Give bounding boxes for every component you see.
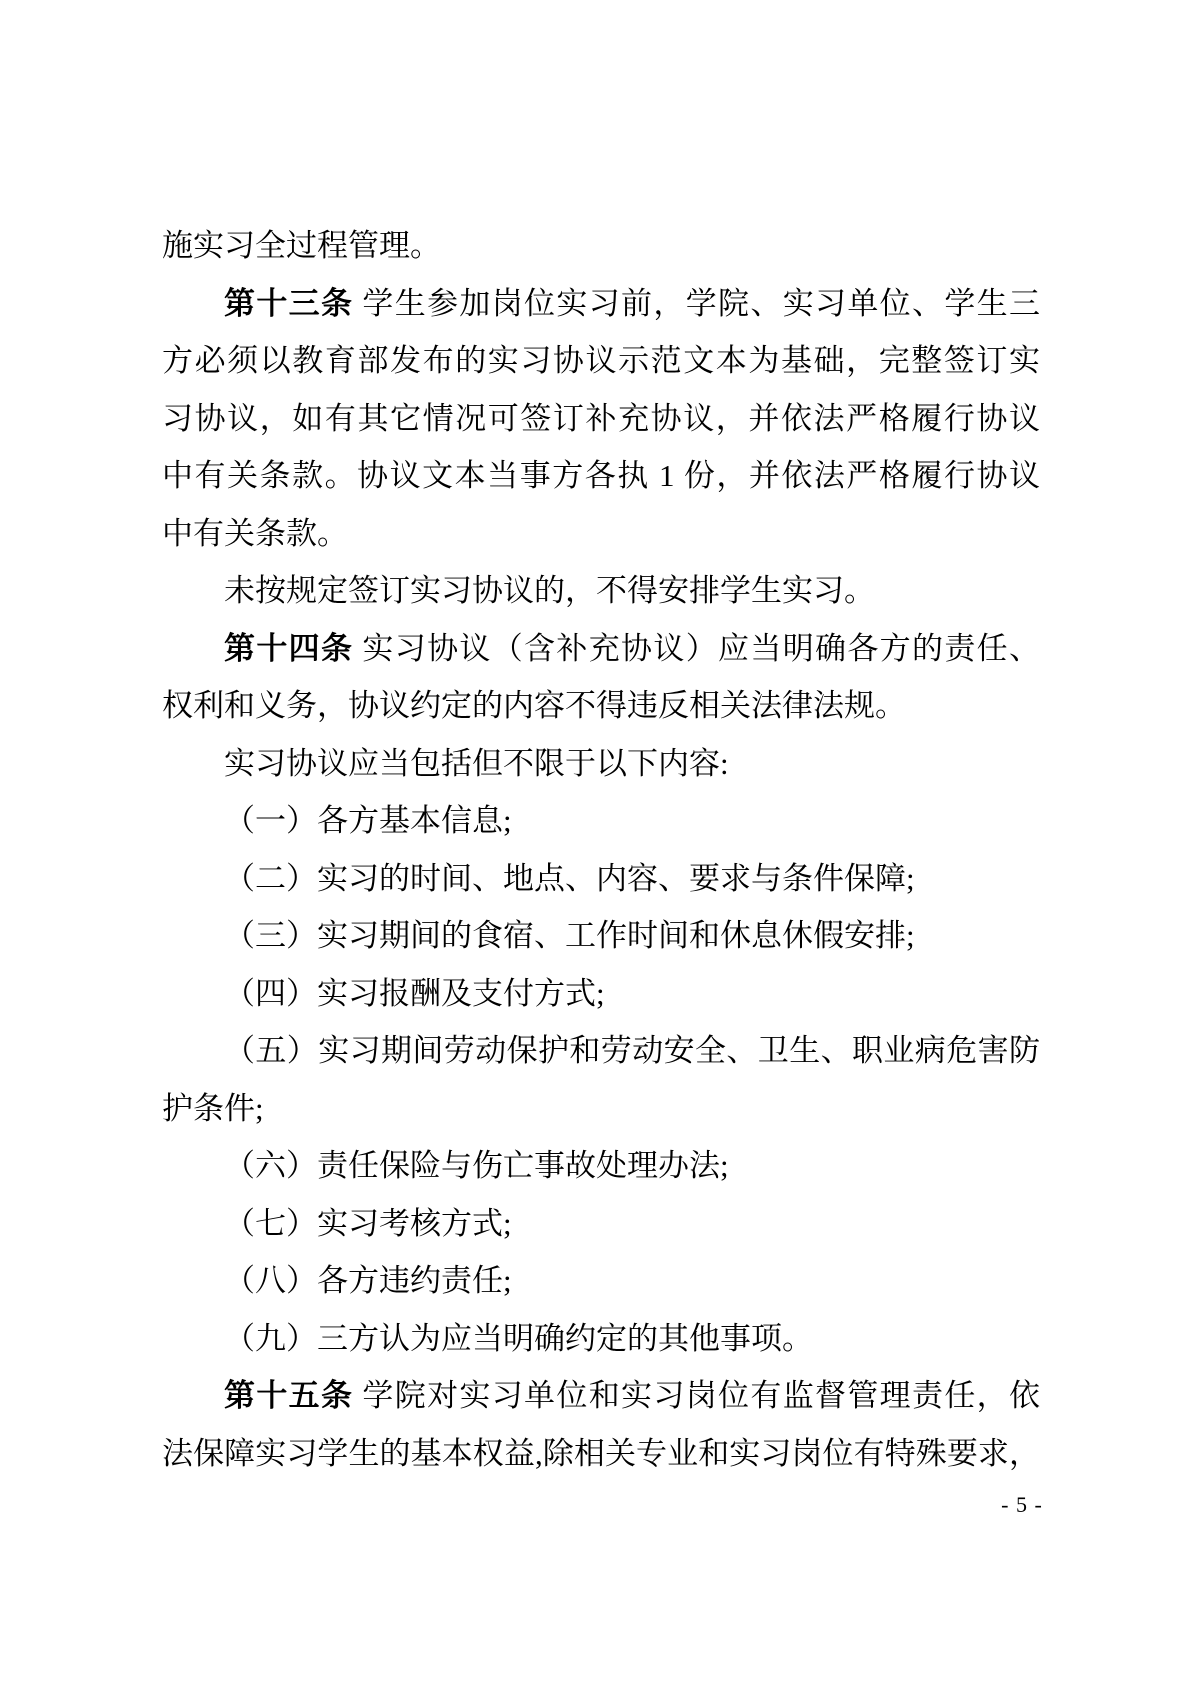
line-text: （三）实习期间的食宿、工作时间和休息休假安排; [224, 918, 915, 953]
line-text: （二）实习的时间、地点、内容、要求与条件保障; [224, 861, 915, 896]
line-text: （四）实习报酬及支付方式; [224, 976, 605, 1011]
text-line: （七）实习考核方式; [162, 1195, 1040, 1253]
line-text: 习协议，如有其它情况可签订补充协议，并依法严格履行协议 [162, 401, 1040, 436]
text-line: （一）各方基本信息; [162, 792, 1040, 850]
article-number-bold: 第十五条 [224, 1378, 353, 1413]
page-number: - 5 - [994, 1492, 1050, 1518]
text-line: 第十三条 学生参加岗位实习前，学院、实习单位、学生三 [162, 275, 1040, 333]
text-line: 法保障实习学生的基本权益,除相关专业和实习岗位有特殊要求， [162, 1425, 1040, 1483]
line-text: 学生参加岗位实习前，学院、实习单位、学生三 [353, 286, 1040, 321]
text-line: （三）实习期间的食宿、工作时间和休息休假安排; [162, 907, 1040, 965]
text-line: （九）三方认为应当明确约定的其他事项。 [162, 1310, 1040, 1368]
line-text: 学院对实习单位和实习岗位有监督管理责任，依 [353, 1378, 1040, 1413]
line-text: （九）三方认为应当明确约定的其他事项。 [224, 1321, 813, 1356]
text-line: 中有关条款。 [162, 505, 1040, 563]
line-text: （七）实习考核方式; [224, 1206, 512, 1241]
text-line: 护条件; [162, 1080, 1040, 1138]
line-text: （一）各方基本信息; [224, 803, 512, 838]
text-line: 施实习全过程管理。 [162, 217, 1040, 275]
text-line: （四）实习报酬及支付方式; [162, 965, 1040, 1023]
text-line: （八）各方违约责任; [162, 1252, 1040, 1310]
article-number-bold: 第十四条 [224, 631, 353, 666]
text-line: （五）实习期间劳动保护和劳动安全、卫生、职业病危害防 [162, 1022, 1040, 1080]
text-line: 中有关条款。协议文本当事方各执 1 份，并依法严格履行协议 [162, 447, 1040, 505]
line-text: 中有关条款。协议文本当事方各执 1 份，并依法严格履行协议 [162, 458, 1040, 493]
line-text: 中有关条款。 [162, 516, 348, 551]
text-line: 习协议，如有其它情况可签订补充协议，并依法严格履行协议 [162, 390, 1040, 448]
line-text: 实习协议应当包括但不限于以下内容: [224, 746, 729, 781]
line-text: 护条件; [162, 1091, 264, 1126]
line-text: 法保障实习学生的基本权益,除相关专业和实习岗位有特殊要求， [162, 1436, 1040, 1471]
article-number-bold: 第十三条 [224, 286, 353, 321]
document-page: 施实习全过程管理。 第十三条 学生参加岗位实习前，学院、实习单位、学生三 方必须… [0, 0, 1190, 1683]
line-text: 方必须以教育部发布的实习协议示范文本为基础，完整签订实 [162, 343, 1040, 378]
line-text: 实习协议（含补充协议）应当明确各方的责任、 [353, 631, 1040, 666]
line-text: 施实习全过程管理。 [162, 228, 441, 263]
text-line: 第十四条 实习协议（含补充协议）应当明确各方的责任、 [162, 620, 1040, 678]
text-line: 实习协议应当包括但不限于以下内容: [162, 735, 1040, 793]
line-text: 未按规定签订实习协议的，不得安排学生实习。 [224, 573, 875, 608]
line-text: （六）责任保险与伤亡事故处理办法; [224, 1148, 729, 1183]
line-text: （五）实习期间劳动保护和劳动安全、卫生、职业病危害防 [224, 1033, 1040, 1068]
line-text: （八）各方违约责任; [224, 1263, 512, 1298]
text-line: （二）实习的时间、地点、内容、要求与条件保障; [162, 850, 1040, 908]
text-line: 第十五条 学院对实习单位和实习岗位有监督管理责任，依 [162, 1367, 1040, 1425]
text-line: 未按规定签订实习协议的，不得安排学生实习。 [162, 562, 1040, 620]
text-line: 权利和义务，协议约定的内容不得违反相关法律法规。 [162, 677, 1040, 735]
line-text: 权利和义务，协议约定的内容不得违反相关法律法规。 [162, 688, 906, 723]
text-line: （六）责任保险与伤亡事故处理办法; [162, 1137, 1040, 1195]
text-line: 方必须以教育部发布的实习协议示范文本为基础，完整签订实 [162, 332, 1040, 390]
document-body-text: 施实习全过程管理。 第十三条 学生参加岗位实习前，学院、实习单位、学生三 方必须… [162, 217, 1040, 1482]
